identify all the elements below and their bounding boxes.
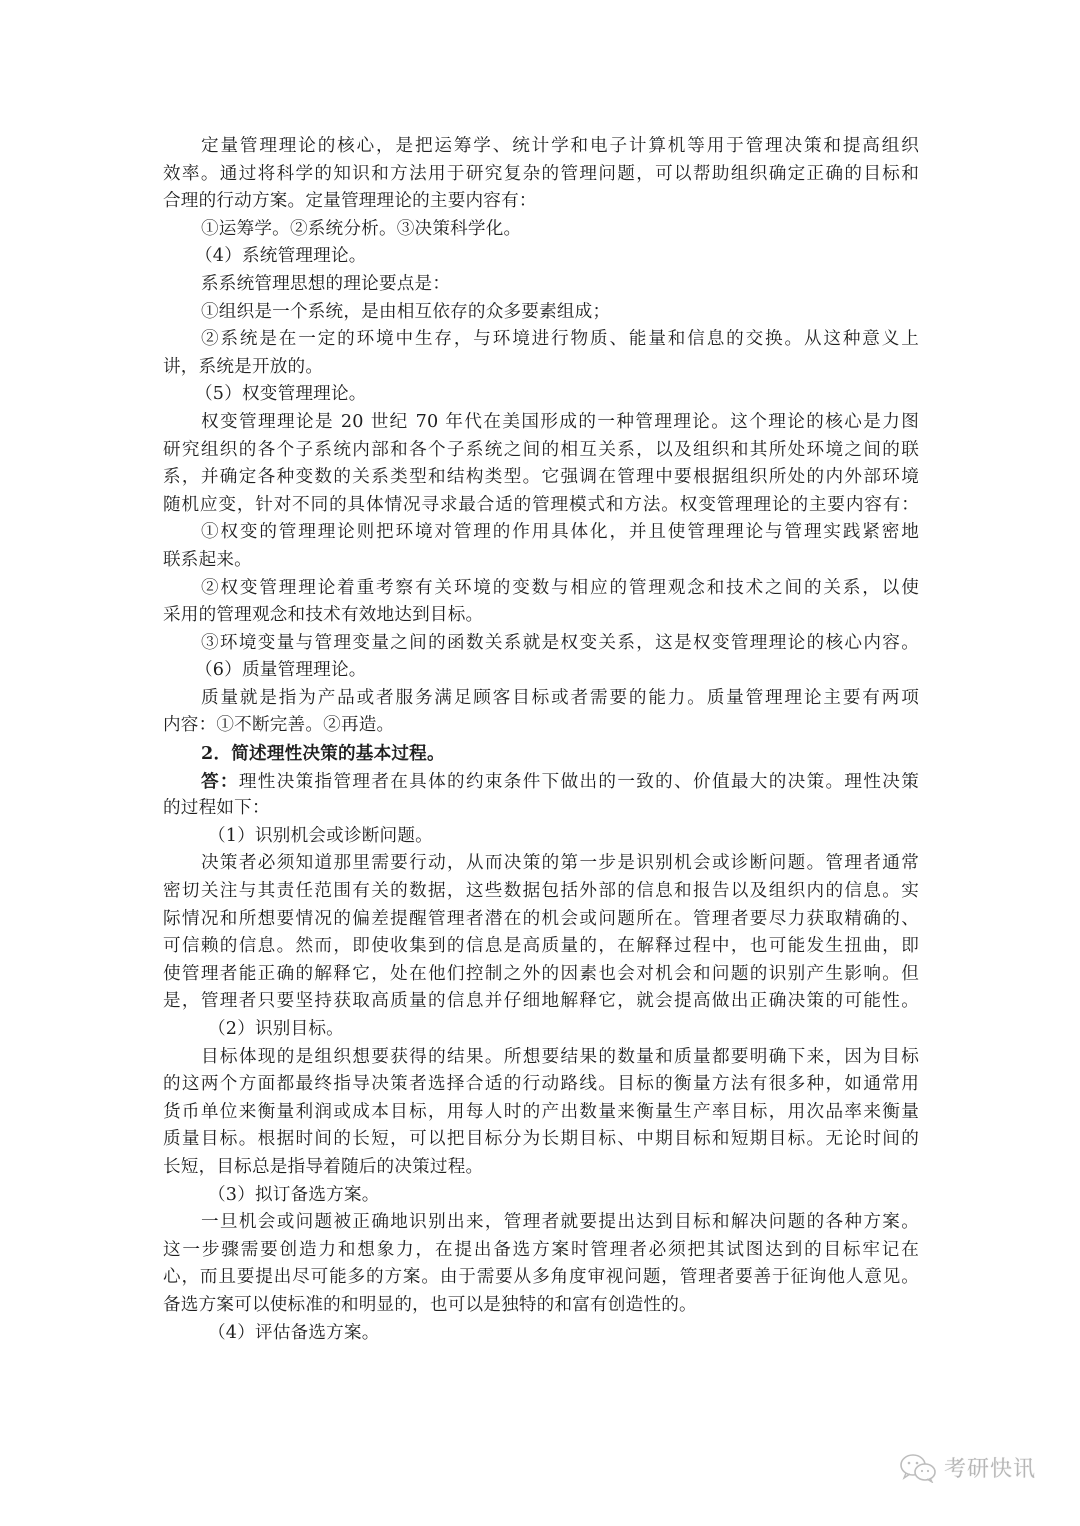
text-line: 使管理者能正确的解释它，处在他们控制之外的因素也会对机会和问题的识别产生影响。但: [163, 961, 919, 989]
text-line: （4）评估备选方案。: [163, 1320, 919, 1348]
text-line: 效率。通过将科学的知识和方法用于研究复杂的管理问题，可以帮助组织确定正确的目标和: [163, 161, 919, 189]
text-line: 的这两个方面都最终指导决策者选择合适的行动路线。目标的衡量方法有很多种，如通常用: [163, 1071, 919, 1099]
text-line: 是，管理者只要坚持获取高质量的信息并仔细地解释它，就会提高做出正确决策的可能性。: [163, 988, 919, 1016]
text-line: 联系起来。: [163, 547, 919, 575]
text-line: 答：理性决策指管理者在具体的约束条件下做出的一致的、价值最大的决策。理性决策: [163, 768, 919, 796]
text-line: （4）系统管理理论。: [163, 243, 919, 271]
text-line: 目标体现的是组织想要获得的结果。所想要结果的数量和质量都要明确下来，因为目标: [163, 1044, 919, 1072]
question-heading: 2．简述理性决策的基本过程。: [163, 740, 919, 768]
text-line: 研究组织的各个子系统内部和各个子系统之间的相互关系，以及组织和其所处环境之间的联: [163, 437, 919, 465]
text-line: （1）识别机会或诊断问题。: [163, 823, 919, 851]
text-line: （6）质量管理理论。: [163, 657, 919, 685]
text-line: ②系统是在一定的环境中生存，与环境进行物质、能量和信息的交换。从这种意义上: [163, 326, 919, 354]
text-line: 这一步骤需要创造力和想象力，在提出备选方案时管理者必须把其试图达到的目标牢记在: [163, 1237, 919, 1265]
text-line: （5）权变管理理论。: [163, 381, 919, 409]
text-line: 心，而且要提出尽可能多的方案。由于需要从多角度审视问题，管理者要善于征询他人意见…: [163, 1264, 919, 1292]
text-line: 合理的行动方案。定量管理理论的主要内容有：: [163, 188, 919, 216]
text-line: ①权变的管理理论则把环境对管理的作用具体化，并且使管理理论与管理实践紧密地: [163, 519, 919, 547]
text-line: ②权变管理理论着重考察有关环境的变数与相应的管理观念和技术之间的关系，以使: [163, 575, 919, 603]
answer-text: 理性决策指管理者在具体的约束条件下做出的一致的、价值最大的决策。理性决策: [239, 772, 919, 792]
text-line: 可信赖的信息。然而，即使收集到的信息是高质量的，在解释过程中，也可能发生扭曲，即: [163, 933, 919, 961]
text-line: 定量管理理论的核心，是把运筹学、统计学和电子计算机等用于管理决策和提高组织: [163, 133, 919, 161]
text-line: 的过程如下：: [163, 795, 919, 823]
text-line: 系，并确定各种变数的关系类型和结构类型。它强调在管理中要根据组织所处的内外部环境: [163, 464, 919, 492]
text-line: ①组织是一个系统，是由相互依存的众多要素组成；: [163, 299, 919, 327]
watermark-text: 考研快讯: [944, 1452, 1036, 1483]
watermark: 考研快讯: [898, 1452, 1036, 1483]
text-line: 备选方案可以使标准的和明显的，也可以是独特的和富有创造性的。: [163, 1292, 919, 1320]
text-line: 讲，系统是开放的。: [163, 354, 919, 382]
text-line: 货币单位来衡量利润或成本目标，用每人时的产出数量来衡量生产率目标，用次品率来衡量: [163, 1099, 919, 1127]
answer-label: 答：: [201, 771, 239, 792]
wechat-icon: [898, 1453, 938, 1483]
text-line: （2）识别目标。: [163, 1016, 919, 1044]
document-page: 定量管理理论的核心，是把运筹学、统计学和电子计算机等用于管理决策和提高组织效率。…: [163, 133, 919, 1347]
text-line: ③环境变量与管理变量之间的函数关系就是权变关系，这是权变管理理论的核心内容。: [163, 630, 919, 658]
text-line: 质量目标。根据时间的长短，可以把目标分为长期目标、中期目标和短期目标。无论时间的: [163, 1126, 919, 1154]
text-line: 采用的管理观念和技术有效地达到目标。: [163, 602, 919, 630]
text-line: 质量就是指为产品或者服务满足顾客目标或者需要的能力。质量管理理论主要有两项: [163, 685, 919, 713]
text-line: 随机应变，针对不同的具体情况寻求最合适的管理模式和方法。权变管理理论的主要内容有…: [163, 492, 919, 520]
text-line: 决策者必须知道那里需要行动，从而决策的第一步是识别机会或诊断问题。管理者通常: [163, 850, 919, 878]
text-line: 内容：①不断完善。②再造。: [163, 712, 919, 740]
text-line: ①运筹学。②系统分析。③决策科学化。: [163, 216, 919, 244]
text-line: 际情况和所想要情况的偏差提醒管理者潜在的机会或问题所在。管理者要尽力获取精确的、: [163, 906, 919, 934]
text-line: 一旦机会或问题被正确地识别出来，管理者就要提出达到目标和解决问题的各种方案。: [163, 1209, 919, 1237]
text-line: 系系统管理思想的理论要点是：: [163, 271, 919, 299]
text-line: 密切关注与其责任范围有关的数据，这些数据包括外部的信息和报告以及组织内的信息。实: [163, 878, 919, 906]
text-line: 权变管理理论是 20 世纪 70 年代在美国形成的一种管理理论。这个理论的核心是…: [163, 409, 919, 437]
text-line: 长短，目标总是指导着随后的决策过程。: [163, 1154, 919, 1182]
text-line: （3）拟订备选方案。: [163, 1182, 919, 1210]
